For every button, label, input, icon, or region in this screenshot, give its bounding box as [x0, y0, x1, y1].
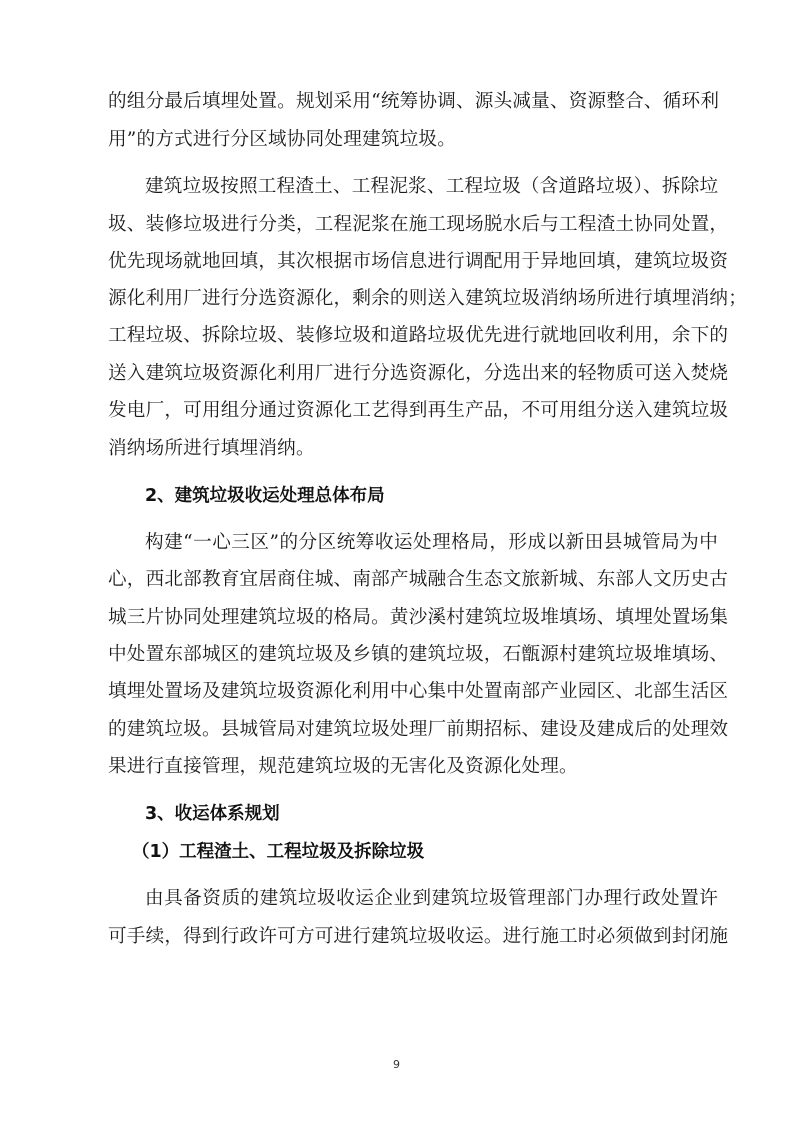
document-page: 的组分最后填埋处置。规划采用“统筹协调、源头减量、资源整合、循环利 用”的方式进… — [0, 0, 793, 1122]
subsection-heading: （1）工程渣土、工程垃圾及拆除垃圾 — [132, 840, 424, 864]
paragraph-line: 中处置东部城区的建筑垃圾及乡镇的建筑垃圾，石甑源村建筑垃圾堆填场、 — [108, 643, 718, 667]
paragraph-line: 填埋处置场及建筑垃圾资源化利用中心集中处置南部产业园区、北部生活区 — [108, 680, 718, 704]
paragraph-line: 消纳场所进行填埋消纳。 — [108, 437, 718, 461]
paragraph-line: 果进行直接管理，规范建筑垃圾的无害化及资源化处理。 — [108, 755, 718, 779]
section-heading: 2、建筑垃圾收运处理总体布局 — [145, 484, 385, 508]
paragraph-line: 送入建筑垃圾资源化利用厂进行分选资源化，分选出来的轻物质可送入焚烧 — [108, 362, 718, 386]
paragraph-line: 圾、装修垃圾进行分类，工程泥浆在施工现场脱水后与工程渣土协同处置， — [108, 213, 718, 237]
paragraph-line: 构建“一心三区”的分区统筹收运处理格局，形成以新田县城管局为中 — [145, 531, 718, 555]
paragraph-line: 工程垃圾、拆除垃圾、装修垃圾和道路垃圾优先进行就地回收利用，余下的 — [108, 324, 718, 348]
page-number: 9 — [0, 1058, 793, 1071]
paragraph-line: 优先现场就地回填，其次根据市场信息进行调配用于异地回填，建筑垃圾资 — [108, 250, 718, 274]
paragraph-line: 心，西北部教育宜居商住城、南部产城融合生态文旅新城、东部人文历史古 — [108, 568, 718, 592]
paragraph-line: 由具备资质的建筑垃圾收运企业到建筑垃圾管理部门办理行政处置许 — [145, 887, 718, 911]
paragraph-line: 城三片协同处理建筑垃圾的格局。黄沙溪村建筑垃圾堆填场、填埋处置场集 — [108, 606, 718, 630]
section-heading: 3、收运体系规划 — [145, 802, 280, 826]
paragraph-line: 用”的方式进行分区域协同处理建筑垃圾。 — [108, 128, 718, 152]
paragraph-line: 的组分最后填埋处置。规划采用“统筹协调、源头减量、资源整合、循环利 — [108, 90, 718, 114]
paragraph-line: 源化利用厂进行分选资源化，剩余的则送入建筑垃圾消纳场所进行填埋消纳； — [108, 287, 718, 311]
paragraph-line: 发电厂，可用组分通过资源化工艺得到再生产品，不可用组分送入建筑垃圾 — [108, 399, 718, 423]
paragraph-line: 的建筑垃圾。县城管局对建筑垃圾处理厂前期招标、建设及建成后的处理效 — [108, 718, 718, 742]
paragraph-line: 可手续，得到行政许可方可进行建筑垃圾收运。进行施工时必须做到封闭施 — [108, 925, 718, 949]
paragraph-line: 建筑垃圾按照工程渣土、工程泥浆、工程垃圾（含道路垃圾）、拆除垃 — [145, 175, 718, 199]
